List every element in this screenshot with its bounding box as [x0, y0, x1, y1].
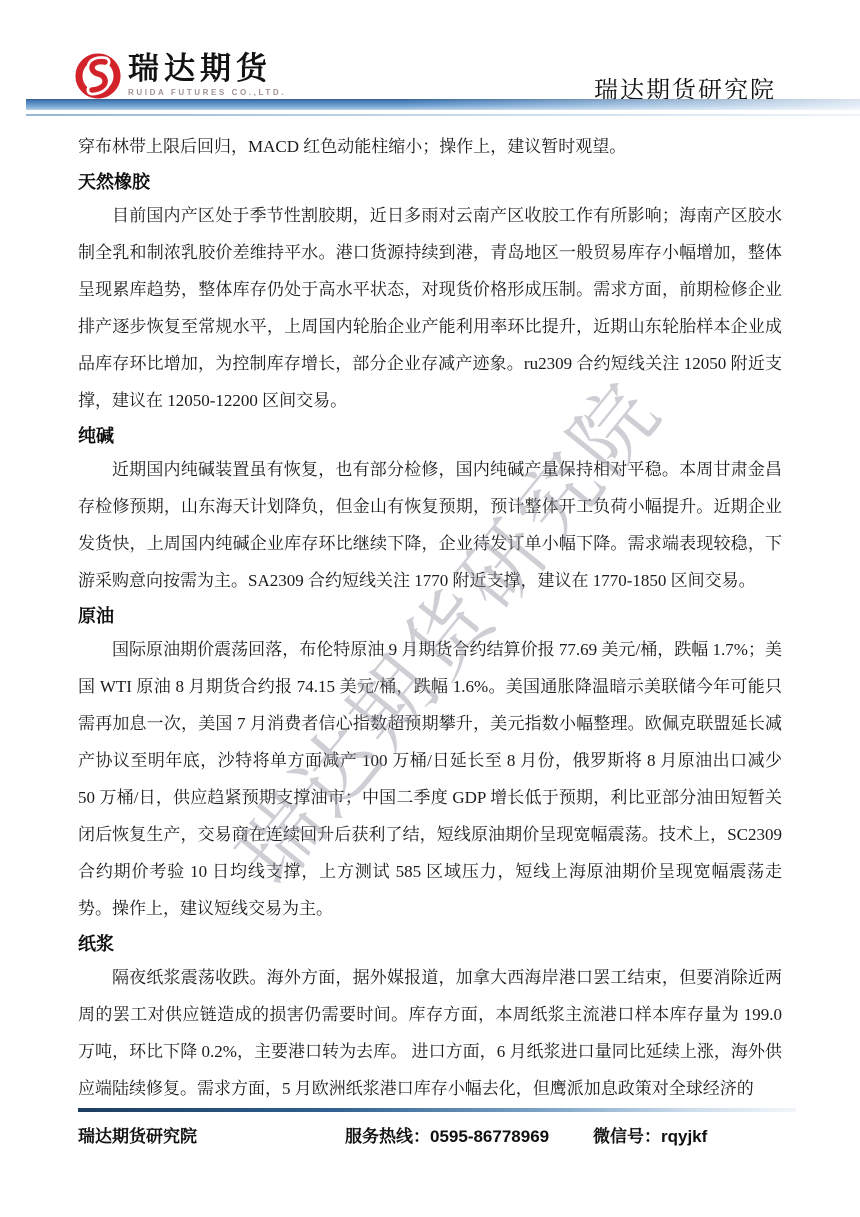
ruida-futures-logo-icon: [74, 52, 122, 100]
header-divider-bar: [26, 99, 860, 110]
footer-divider-line: [78, 1108, 796, 1112]
footer-institute: 瑞达期货研究院: [78, 1122, 197, 1147]
brand-name-cn: 瑞达期货: [128, 52, 286, 86]
report-body: 穿布林带上限后回归，MACD 红色动能柱缩小；操作上，建议暂时观望。 天然橡胶 …: [78, 128, 782, 1107]
section-body-natural-rubber: 目前国内产区处于季节性割胶期，近日多雨对云南产区收胶工作有所影响；海南产区胶水制…: [78, 197, 782, 419]
section-heading-natural-rubber: 天然橡胶: [78, 169, 782, 195]
header-divider-subline: [26, 114, 860, 116]
section-heading-soda-ash: 纯碱: [78, 423, 782, 449]
report-page: 瑞达期货 RUIDA FUTURES CO.,LTD. 瑞达期货研究院 穿布林带…: [0, 0, 860, 1217]
footer: 瑞达期货研究院 服务热线：0595-86778969 微信号：rqyjkf: [0, 1122, 860, 1146]
section-heading-crude-oil: 原油: [78, 603, 782, 629]
brand-name-en: RUIDA FUTURES CO.,LTD.: [128, 88, 286, 97]
section-body-pulp: 隔夜纸浆震荡收跌。海外方面，据外媒报道，加拿大西海岸港口罢工结束，但要消除近两周…: [78, 959, 782, 1107]
footer-hotline: 服务热线：0595-86778969: [345, 1122, 549, 1147]
section-body-soda-ash: 近期国内纯碱装置虽有恢复，也有部分检修，国内纯碱产量保持相对平稳。本周甘肃金昌存…: [78, 451, 782, 599]
section-heading-pulp: 纸浆: [78, 931, 782, 957]
intro-paragraph: 穿布林带上限后回归，MACD 红色动能柱缩小；操作上，建议暂时观望。: [78, 128, 782, 165]
footer-wechat: 微信号：rqyjkf: [593, 1122, 707, 1147]
section-body-crude-oil: 国际原油期价震荡回落，布伦特原油 9 月期货合约结算价报 77.69 美元/桶，…: [78, 631, 782, 927]
brand-text: 瑞达期货 RUIDA FUTURES CO.,LTD.: [128, 52, 286, 97]
brand-logo: 瑞达期货 RUIDA FUTURES CO.,LTD.: [74, 52, 286, 100]
